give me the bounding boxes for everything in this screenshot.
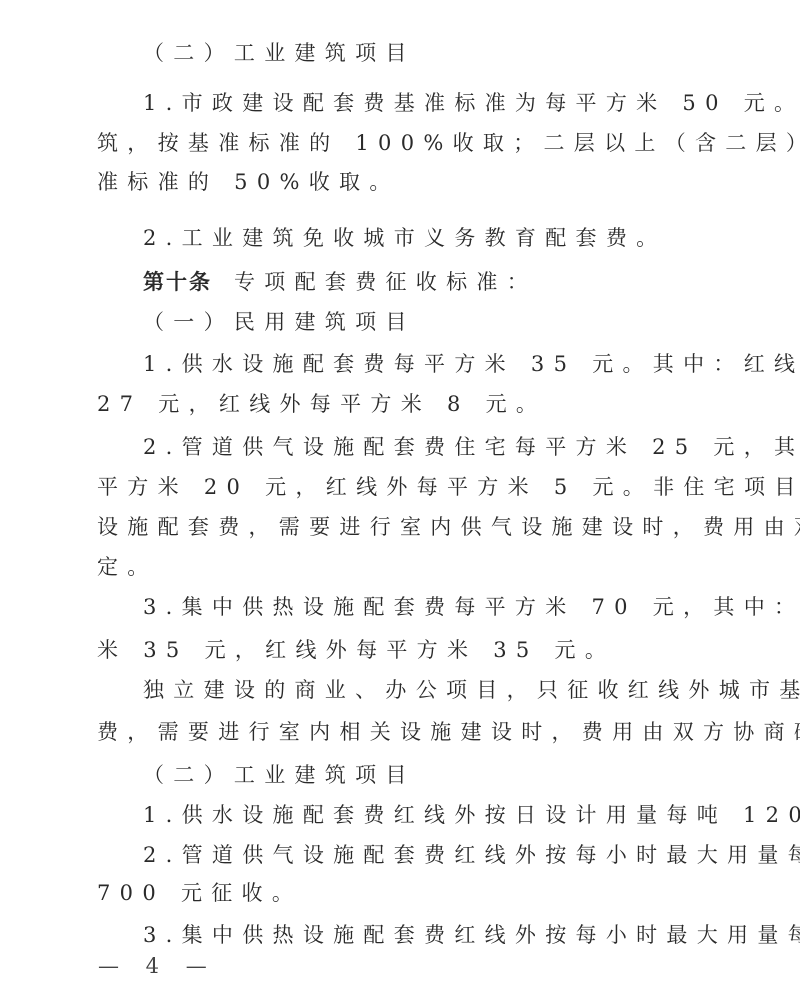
section-heading-civil: （一）民用建筑项目: [143, 307, 727, 337]
paragraph-line: 2.工业建筑免收城市义务教育配套费。: [143, 223, 727, 253]
page-number: — 4 —: [98, 952, 217, 980]
paragraph-line: 设施配套费，需要进行室内供气设施建设时，费用由双方协商确: [97, 512, 727, 542]
paragraph-line: 准标准的 50%收取。: [97, 167, 727, 197]
paragraph-line: 3.集中供热设施配套费红线外按每小时最大用量每吨蒸汽: [143, 920, 727, 950]
paragraph-line: 2.管道供气设施配套费住宅每平方米 25 元，其中：红线内每: [143, 432, 727, 462]
paragraph-line: 费，需要进行室内相关设施建设时，费用由双方协商确定。: [97, 717, 727, 747]
section-heading-industrial-2: （二）工业建筑项目: [143, 760, 727, 790]
paragraph-line: 独立建设的商业、办公项目，只征收红线外城市基础设施配套: [143, 675, 727, 705]
paragraph-line: 27 元，红线外每平方米 8 元。: [97, 389, 727, 419]
paragraph-line: 米 35 元，红线外每平方米 35 元。: [97, 635, 727, 665]
paragraph-line: 1.供水设施配套费红线外按日设计用量每吨 1200 元征收。: [143, 800, 727, 830]
article-heading: 第十条专项配套费征收标准：: [143, 267, 727, 297]
article-number: 第十条: [143, 270, 212, 294]
paragraph-line: 3.集中供热设施配套费每平方米 70 元，其中：红线内每平方: [143, 592, 727, 622]
paragraph-line: 1.供水设施配套费每平方米 35 元。其中：红线内每平方米: [143, 349, 727, 379]
paragraph-line: 定。: [97, 552, 727, 582]
paragraph-line: 2.管道供气设施配套费红线外按每小时最大用量每立方米: [143, 840, 727, 870]
paragraph-line: 700 元征收。: [97, 878, 727, 908]
paragraph-line: 平方米 20 元，红线外每平方米 5 元。非住宅项目只收红线外供气: [97, 472, 727, 502]
paragraph-line: 1.市政建设配套费基准标准为每平方米 50 元。单层工业建: [143, 88, 727, 118]
article-title: 专项配套费征收标准：: [234, 270, 537, 294]
paragraph-line: 筑，按基准标准的 100%收取；二层以上（含二层）工业建筑，按基: [97, 128, 727, 158]
section-heading-industrial: （二）工业建筑项目: [143, 38, 727, 68]
document-page: （二）工业建筑项目 1.市政建设配套费基准标准为每平方米 50 元。单层工业建 …: [0, 0, 800, 1000]
